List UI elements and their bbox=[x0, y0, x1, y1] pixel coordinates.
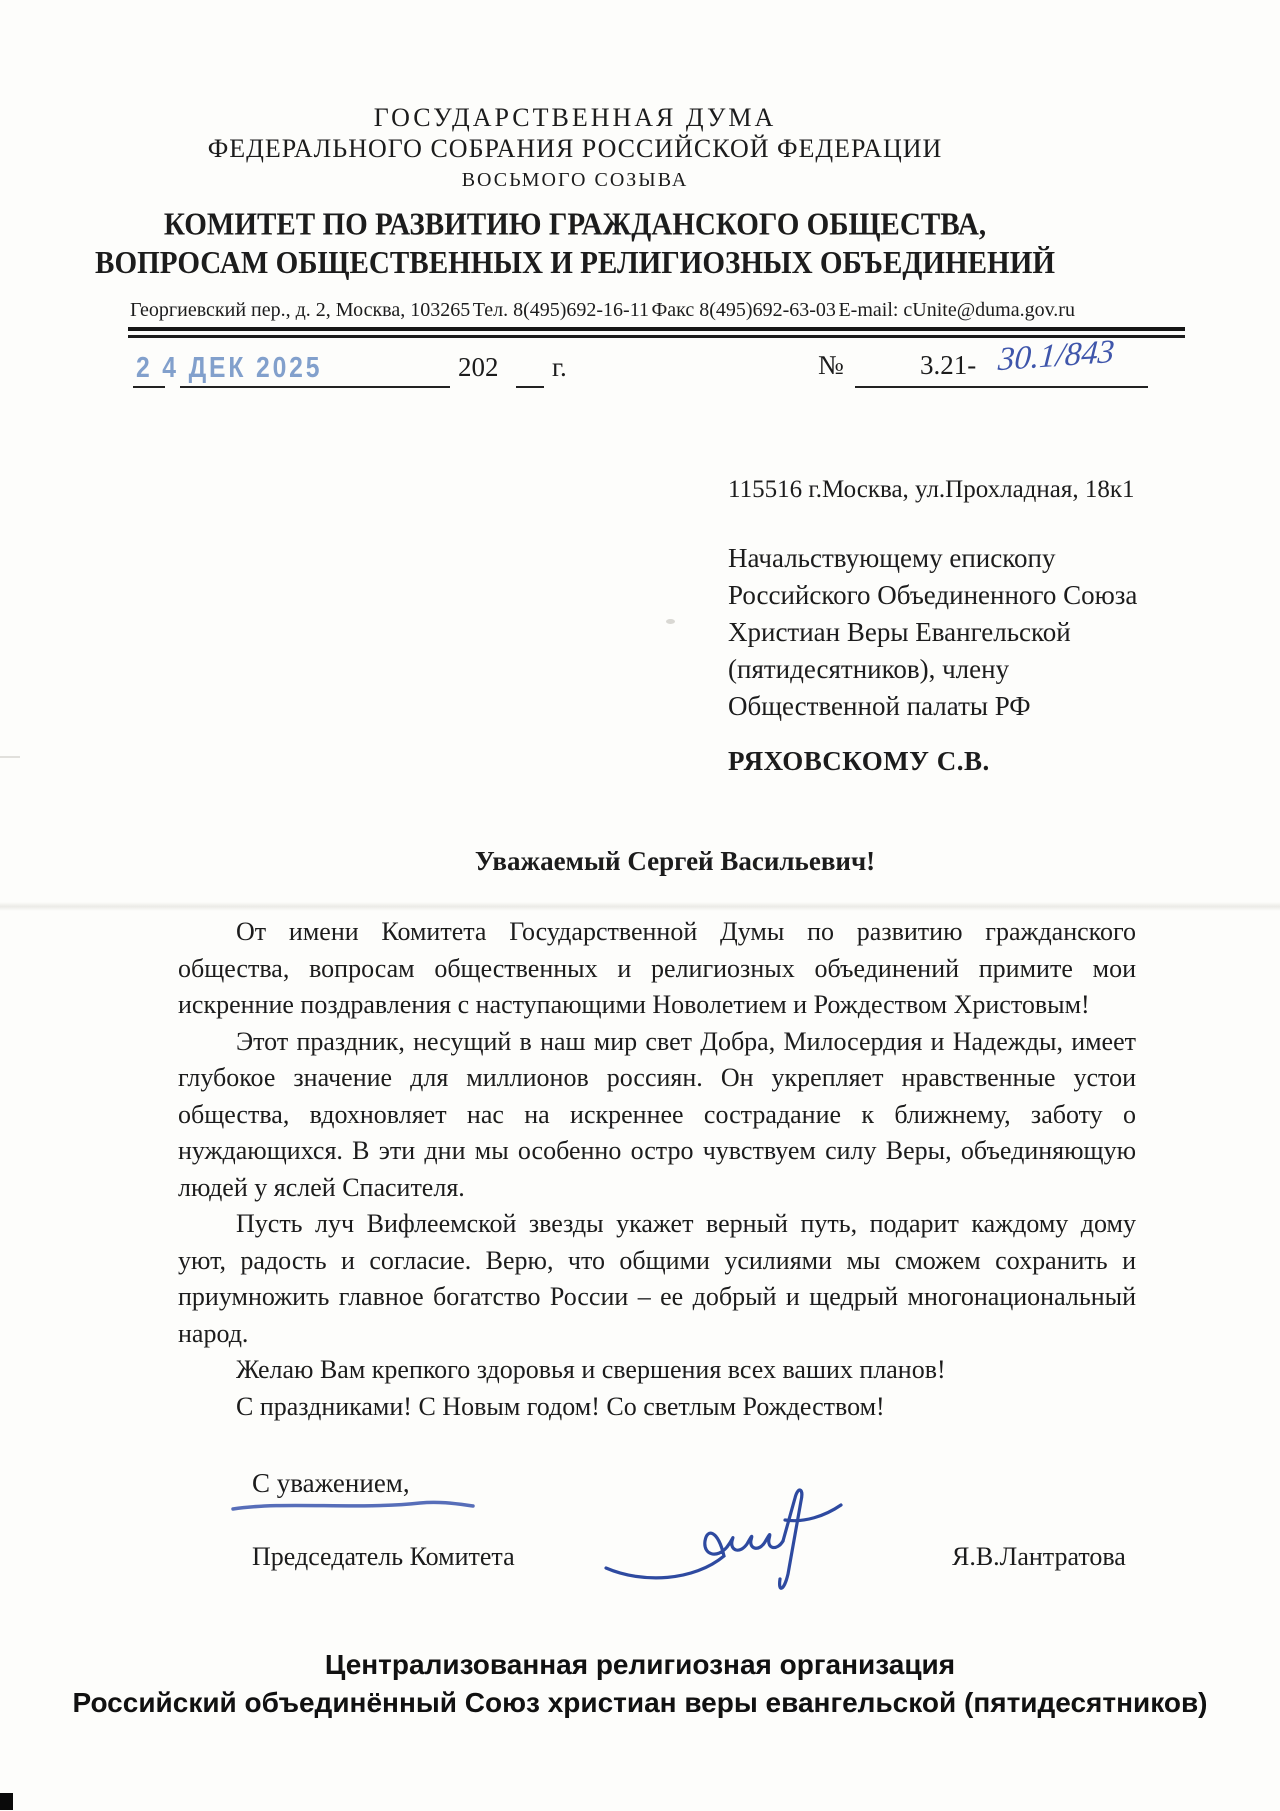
org-phone: Тел. 8(495)692-16-11 bbox=[473, 299, 649, 322]
salutation: Уважаемый Сергей Васильевич! bbox=[195, 846, 1155, 877]
footer-line2: Российский объединённый Союз христиан ве… bbox=[0, 1684, 1280, 1722]
incoming-date-stamp: 2 4 ДЕК 2025 bbox=[136, 350, 322, 385]
body-paragraph: Желаю Вам крепкого здоровья и свершения … bbox=[178, 1352, 1136, 1389]
year-suffix: г. bbox=[552, 352, 567, 383]
number-prefix: 3.21- bbox=[920, 350, 976, 381]
letterhead-divider bbox=[128, 327, 1185, 338]
body-paragraph: Пусть луч Вифлеемской звезды укажет верн… bbox=[178, 1206, 1136, 1352]
recipient-title-line: Начальствующему епископу bbox=[728, 540, 1137, 577]
signer-name: Я.В.Лантратова bbox=[952, 1542, 1126, 1572]
recipient-title-block: Начальствующему епископу Российского Объ… bbox=[728, 540, 1137, 725]
scan-band-artifact bbox=[0, 902, 1280, 911]
body-paragraph: От имени Комитета Государственной Думы п… bbox=[178, 914, 1136, 1024]
org-name-line3: ВОСЬМОГО СОЗЫВА bbox=[0, 168, 1150, 192]
recipient-name: РЯХОВСКОМУ С.В. bbox=[728, 746, 990, 777]
number-sign: № bbox=[818, 350, 844, 381]
footer-organization: Централизованная религиозная организация… bbox=[0, 1646, 1280, 1722]
org-fax: Факс 8(495)692-63-03 bbox=[652, 299, 836, 322]
org-name-line1: ГОСУДАРСТВЕННАЯ ДУМА bbox=[0, 103, 1150, 133]
signer-title: Председатель Комитета bbox=[252, 1542, 515, 1572]
recipient-title-line: Общественной палаты РФ bbox=[728, 688, 1137, 725]
org-name-line2: ФЕДЕРАЛЬНОГО СОБРАНИЯ РОССИЙСКОЙ ФЕДЕРАЦ… bbox=[0, 134, 1150, 164]
scanned-letter-page: ГОСУДАРСТВЕННАЯ ДУМА ФЕДЕРАЛЬНОГО СОБРАН… bbox=[0, 0, 1280, 1811]
recipient-title-line: Российского Объединенного Союза bbox=[728, 577, 1137, 614]
footer-line1: Централизованная религиозная организация bbox=[0, 1646, 1280, 1684]
letterhead: ГОСУДАРСТВЕННАЯ ДУМА ФЕДЕРАЛЬНОГО СОБРАН… bbox=[0, 103, 1150, 278]
divider-rule-bottom bbox=[128, 335, 1185, 338]
year-blank: 202 bbox=[458, 352, 499, 383]
handwritten-signature bbox=[598, 1478, 878, 1606]
reference-row: 2 4 ДЕК 2025 202 г. № 3.21- 30.1/843 bbox=[0, 344, 1280, 399]
committee-title: КОМИТЕТ ПО РАЗВИТИЮ ГРАЖДАНСКОГО ОБЩЕСТВ… bbox=[17, 206, 1133, 282]
fold-mark-artifact bbox=[0, 756, 20, 758]
recipient-title-line: (пятидесятников), члену bbox=[728, 651, 1137, 688]
org-address: Георгиевский пер., д. 2, Москва, 103265 bbox=[130, 299, 470, 322]
body-paragraph: Этот праздник, несущий в наш мир свет До… bbox=[178, 1024, 1136, 1207]
pen-underline-stroke bbox=[230, 1497, 478, 1515]
scan-speck-artifact bbox=[666, 619, 675, 624]
corner-scan-artifact bbox=[0, 1793, 13, 1810]
contact-line: Георгиевский пер., д. 2, Москва, 103265 … bbox=[130, 299, 1075, 322]
year-underline bbox=[516, 346, 544, 388]
closing-phrase: С уважением, bbox=[252, 1468, 410, 1499]
body-paragraph: С праздниками! С Новым годом! Со светлым… bbox=[178, 1389, 1136, 1426]
committee-title-line2: ВОПРОСАМ ОБЩЕСТВЕННЫХ И РЕЛИГИОЗНЫХ ОБЪЕ… bbox=[17, 244, 1133, 282]
committee-title-line1: КОМИТЕТ ПО РАЗВИТИЮ ГРАЖДАНСКОГО ОБЩЕСТВ… bbox=[17, 206, 1133, 244]
letter-body: От имени Комитета Государственной Думы п… bbox=[178, 914, 1136, 1425]
org-email: E-mail: cUnite@duma.gov.ru bbox=[838, 299, 1075, 322]
recipient-postal-address: 115516 г.Москва, ул.Прохладная, 18к1 bbox=[728, 476, 1135, 504]
divider-rule-top bbox=[128, 327, 1185, 331]
recipient-title-line: Христиан Веры Евангельской bbox=[728, 614, 1137, 651]
